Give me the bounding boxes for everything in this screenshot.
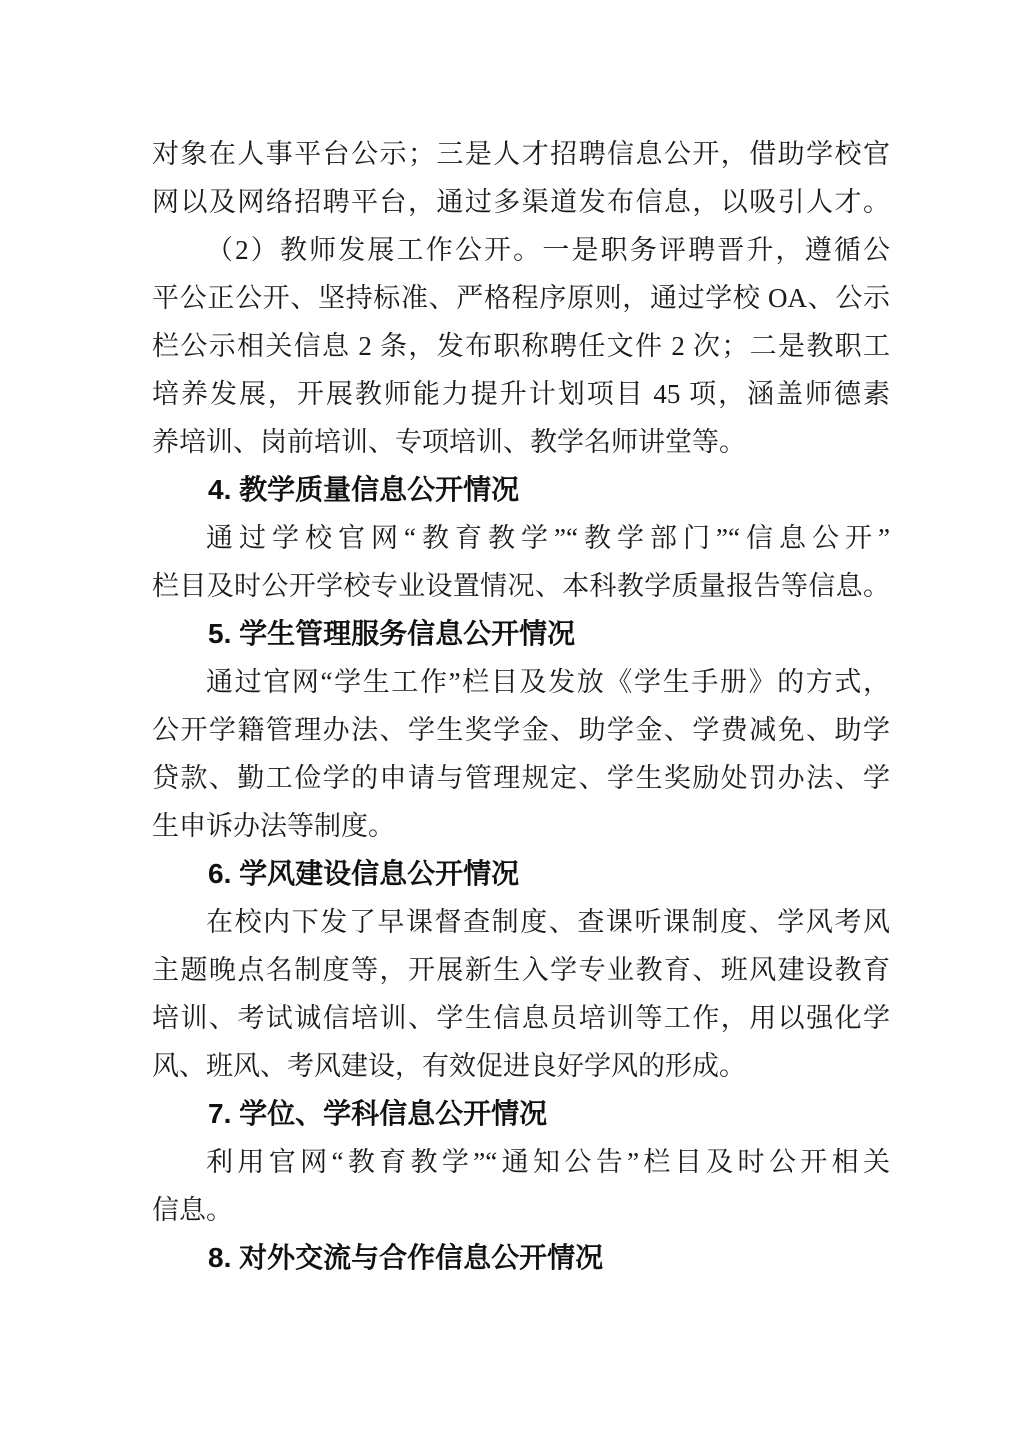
text-line: 养培训、岗前培训、专项培训、教学名师讲堂等。 <box>152 418 890 466</box>
text-line: 平公正公开、坚持标准、严格程序原则，通过学校 OA、公示 <box>152 274 890 322</box>
text-line: 公开学籍管理办法、学生奖学金、助学金、学费减免、助学 <box>152 706 890 754</box>
text-line: 通过学校官网“教育教学”“教学部门”“信息公开” <box>152 514 890 562</box>
text-line: 主题晚点名制度等，开展新生入学专业教育、班风建设教育 <box>152 946 890 994</box>
text-line: 信息。 <box>152 1186 890 1234</box>
section-heading: 4. 教学质量信息公开情况 <box>152 466 890 514</box>
text-line: 对象在人事平台公示；三是人才招聘信息公开，借助学校官 <box>152 130 890 178</box>
document-page: 对象在人事平台公示；三是人才招聘信息公开，借助学校官网以及网络招聘平台，通过多渠… <box>0 0 1024 1448</box>
section-heading: 6. 学风建设信息公开情况 <box>152 850 890 898</box>
text-line: 风、班风、考风建设，有效促进良好学风的形成。 <box>152 1042 890 1090</box>
text-line: 网以及网络招聘平台，通过多渠道发布信息，以吸引人才。 <box>152 178 890 226</box>
text-line: 通过官网“学生工作”栏目及发放《学生手册》的方式， <box>152 658 890 706</box>
text-line: 利用官网“教育教学”“通知公告”栏目及时公开相关 <box>152 1138 890 1186</box>
text-line: 培训、考试诚信培训、学生信息员培训等工作，用以强化学 <box>152 994 890 1042</box>
text-line: 栏公示相关信息 2 条，发布职称聘任文件 2 次；二是教职工 <box>152 322 890 370</box>
text-line: 培养发展，开展教师能力提升计划项目 45 项，涵盖师德素 <box>152 370 890 418</box>
text-line: 生申诉办法等制度。 <box>152 802 890 850</box>
section-heading: 5. 学生管理服务信息公开情况 <box>152 610 890 658</box>
text-line: （2）教师发展工作公开。一是职务评聘晋升，遵循公 <box>152 226 890 274</box>
section-heading: 7. 学位、学科信息公开情况 <box>152 1090 890 1138</box>
text-line: 在校内下发了早课督查制度、查课听课制度、学风考风 <box>152 898 890 946</box>
text-line: 栏目及时公开学校专业设置情况、本科教学质量报告等信息。 <box>152 562 890 610</box>
section-heading: 8. 对外交流与合作信息公开情况 <box>152 1234 890 1282</box>
text-line: 贷款、勤工俭学的申请与管理规定、学生奖励处罚办法、学 <box>152 754 890 802</box>
